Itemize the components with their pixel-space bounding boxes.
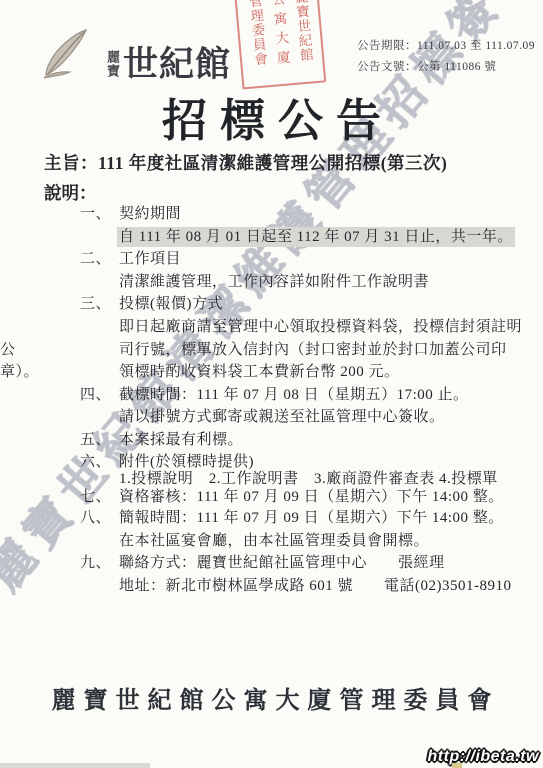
- item-number: 二、: [80, 248, 120, 271]
- list-item: 六、 附件(於領標時提供): [0, 452, 543, 472]
- item-text: 請以掛號方式郵寄或親送至社區管理中心簽收。: [119, 409, 445, 425]
- list-item-continuation: 自 111 年 08 月 01 日起至 112 年 07 月 31 日止，共一年…: [0, 226, 543, 249]
- stamp-column: 麗寶世紀館: [290, 0, 315, 77]
- list-item-continuation: 領標時酌收資料袋工本費新台幣 200 元。: [0, 361, 543, 384]
- description-label: 說明：: [44, 180, 97, 205]
- item-text: 領標時酌收資料袋工本費新台幣 200 元。: [119, 364, 400, 380]
- item-number: 七、: [80, 487, 120, 507]
- scan-artifact-chip: [452, 763, 462, 768]
- quill-feather-icon: [36, 26, 100, 86]
- item-text: 工作項目: [119, 251, 181, 267]
- item-text: 在本社區宴會廳，由本社區管理委員會開標。: [119, 533, 429, 549]
- list-item: 四、 截標時間：111 年 07 月 08 日（星期五）17:00 止。: [0, 384, 543, 407]
- brand-name-main: 世紀館: [123, 47, 231, 82]
- list-item: 三、 投標(報價)方式: [0, 293, 543, 316]
- item-text: 自 111 年 08 月 01 日起至 112 年 07 月 31 日止，共一年…: [119, 229, 513, 245]
- list-item-continuation: 請以掛號方式郵寄或親送至社區管理中心簽收。: [0, 406, 543, 429]
- brand-name-vertical: 麗寶: [104, 50, 120, 78]
- list-item: 五、 本案採最有利標。: [0, 429, 543, 452]
- list-item-continuation: 清潔維護管理，工作內容詳如附件工作說明書: [0, 271, 543, 294]
- item-number: 六、: [80, 452, 120, 472]
- highlighted-text: 自 111 年 08 月 01 日起至 112 年 07 月 31 日止，共一年…: [119, 229, 513, 245]
- list-item: 一、 契約期間: [0, 203, 543, 226]
- item-text: 聯絡方式：麗寶世紀館社區管理中心 張經理: [119, 555, 445, 571]
- item-text: 附件(於領標時提供): [119, 454, 254, 470]
- site-watermark: http://ibeta.tw: [428, 748, 539, 766]
- list-item-continuation: 地址：新北市樹林區學成路 601 號 電話(02)3501-8910: [0, 575, 543, 598]
- item-number: 九、: [80, 552, 120, 575]
- item-number: 八、: [80, 507, 120, 530]
- company-logo: 麗寶 世紀館: [36, 22, 231, 86]
- item-text: 投標(報價)方式: [119, 296, 223, 312]
- list-item-continuation: 1.投標說明 2.工作說明書 3.廠商證件審查表 4.投標單: [0, 472, 543, 488]
- red-seal-stamp: 麗寶世紀館 公寓大廈 管理委員會: [234, 0, 327, 89]
- item-number: 一、: [80, 203, 120, 226]
- item-number: 五、: [80, 429, 120, 452]
- item-text: 1.投標說明 2.工作說明書 3.廠商證件審查表 4.投標單: [119, 471, 498, 487]
- item-list: 一、 契約期間 自 111 年 08 月 01 日起至 112 年 07 月 3…: [0, 203, 543, 597]
- page-title: 招標公告: [0, 84, 543, 149]
- list-item: 八、 簡報時間：111 年 07 月 09 日（星期六）下午 14:00 整。: [0, 507, 543, 530]
- item-text: 契約期間: [119, 206, 181, 222]
- list-item: 七、 資格審核：111 年 07 月 09 日（星期六）下午 14:00 整。: [0, 487, 543, 507]
- scan-artifact-strip: [0, 763, 150, 768]
- footer-organization-name: 麗寶世紀館公寓大廈管理委員會: [0, 680, 543, 715]
- scanned-document-page: 麗寶世紀館清潔維護管理招標簽 麗寶 世紀館 麗寶世紀館 公寓大廈 管理委員會 公…: [0, 0, 543, 768]
- item-text: 地址：新北市樹林區學成路 601 號 電話(02)3501-8910: [119, 578, 512, 594]
- item-text: 清潔維護管理，工作內容詳如附件工作說明書: [119, 274, 429, 290]
- item-text: 截標時間：111 年 07 月 08 日（星期五）17:00 止。: [119, 387, 469, 403]
- stamp-column: 管理委員會: [244, 0, 269, 81]
- list-item-continuation: 即日起廠商請至管理中心領取投標資料袋，投標信封須註明公: [0, 316, 543, 339]
- item-text: 本案採最有利標。: [119, 432, 243, 448]
- list-item-continuation: 在本社區宴會廳，由本社區管理委員會開標。: [0, 530, 543, 553]
- stamp-column: 公寓大廈: [267, 0, 292, 79]
- list-item: 九、 聯絡方式：麗寶世紀館社區管理中心 張經理: [0, 552, 543, 575]
- announcement-period: 公告期限：111.07.03 至 111.07.09: [357, 36, 535, 57]
- list-item: 二、 工作項目: [0, 248, 543, 271]
- subject-line: 主旨：111 年度社區清潔維護管理公開招標(第三次): [44, 150, 447, 175]
- item-number: 三、: [80, 293, 120, 316]
- announcement-doc-number: 公告文號：公第 111086 號: [357, 57, 535, 78]
- item-text: 簡報時間：111 年 07 月 09 日（星期六）下午 14:00 整。: [119, 510, 504, 526]
- item-number: 四、: [80, 384, 120, 407]
- list-item-continuation: 司行號，標單放入信封內（封口密封並於封口加蓋公司印章）。: [0, 339, 543, 362]
- announcement-meta: 公告期限：111.07.03 至 111.07.09 公告文號：公第 11108…: [357, 36, 535, 78]
- item-text: 資格審核：111 年 07 月 09 日（星期六）下午 14:00 整。: [119, 489, 504, 505]
